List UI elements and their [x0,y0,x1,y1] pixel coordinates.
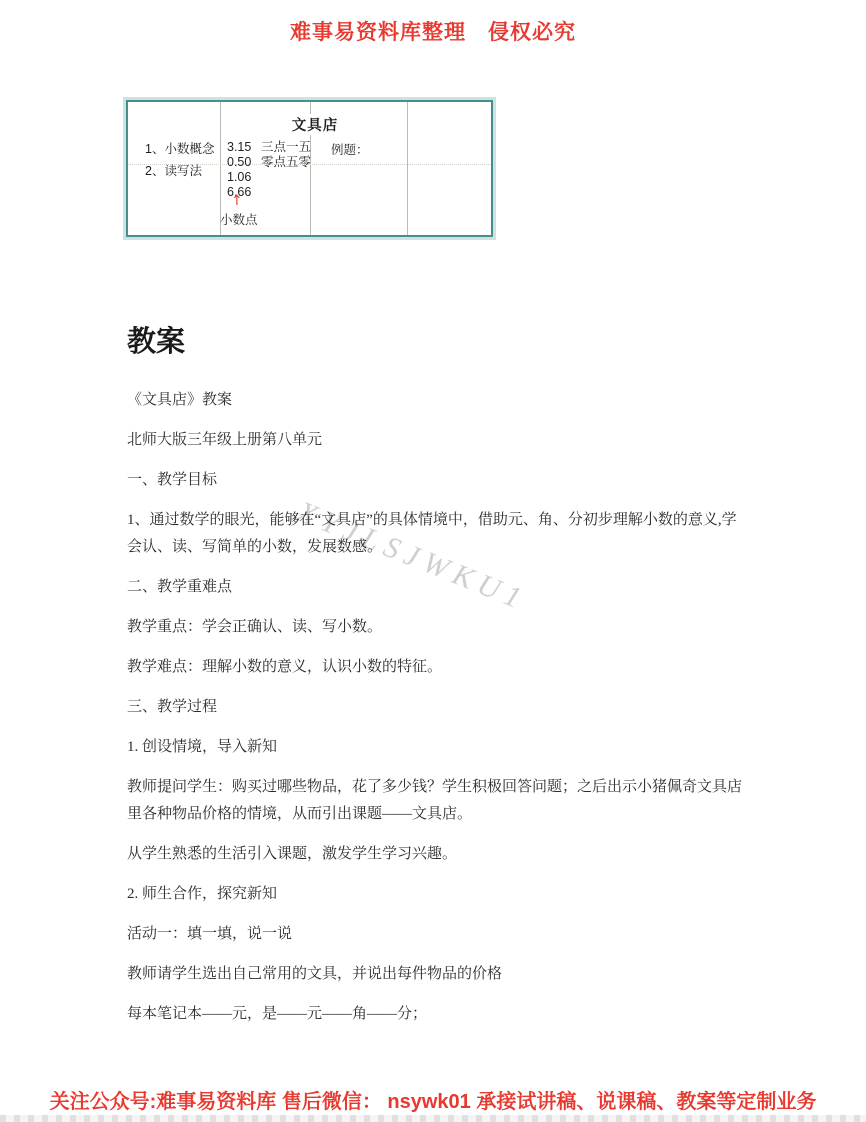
decimal-value: 1.06 [227,170,251,185]
paragraph-goal-1: 1、通过数学的眼光，能够在“文具店”的具体情境中，借助元、角、分初步理解小数的意… [127,507,745,561]
up-arrow-icon: ↑ [231,194,243,208]
copyright-header: 难事易资料库整理 侵权必究 [0,16,866,46]
document-page: 难事易资料库整理 侵权必究 文具店 1、小数概念 2、读写法 3.15 0.50… [0,0,866,1122]
decimal-point-label: 小数点 [220,210,258,228]
paragraph-step-2: 2. 师生合作，探究新知 [127,881,745,908]
paragraph-section-2: 二、教学重难点 [127,574,745,601]
board-topic-2: 2、读写法 [145,161,202,179]
paragraph-section-3: 三、教学过程 [127,694,745,721]
paragraph-fill-blank: 每本笔记本——元，是——元——角——分； [127,1001,745,1028]
decimal-value: 0.50 [227,155,251,170]
decimal-reading: 零点五零 [261,155,311,170]
decimal-value: 3.15 [227,140,251,155]
page-title: 教案 [127,325,745,359]
paragraph-lesson-title: 《文具店》教案 [127,387,745,414]
paragraph-step-1-detail: 教师提问学生：购买过哪些物品，花了多少钱？学生积极回答问题；之后出示小猪佩奇文具… [127,774,745,828]
paragraph-activity-1: 活动一：填一填，说一说 [127,921,745,948]
paragraph-step-1-purpose: 从学生熟悉的生活引入课题，激发学生学习兴趣。 [127,841,745,868]
decimal-reading: 三点一五 [261,140,311,155]
board-topic-1: 1、小数概念 [145,139,214,157]
paragraph-step-1: 1. 创设情境，导入新知 [127,734,745,761]
page-bottom-edge [0,1115,866,1122]
lesson-plan-body: 教案 《文具店》教案 北师大版三年级上册第八单元 一、教学目标 1、通过数学的眼… [127,325,745,1041]
example-label: 例题： [331,140,369,158]
decimal-number-list: 3.15 0.50 1.06 6.66 [227,140,251,200]
paragraph-difficulty: 教学难点：理解小数的意义，认识小数的特征。 [127,654,745,681]
table-divider-3 [407,102,408,235]
paragraph-section-1: 一、教学目标 [127,467,745,494]
board-title: 文具店 [260,114,370,135]
contact-footer: 关注公众号:难事易资料库 售后微信： nsywk01 承接试讲稿、说课稿、教案等… [0,1085,866,1114]
decimal-reading-list: 三点一五 零点五零 [261,140,311,170]
blackboard-design-table: 文具店 1、小数概念 2、读写法 3.15 0.50 1.06 6.66 三点一… [126,100,493,237]
paragraph-activity-detail: 教师请学生选出自己常用的文具，并说出每件物品的价格 [127,961,745,988]
paragraph-edition: 北师大版三年级上册第八单元 [127,427,745,454]
paragraph-key-point: 教学重点：学会正确认、读、写小数。 [127,614,745,641]
